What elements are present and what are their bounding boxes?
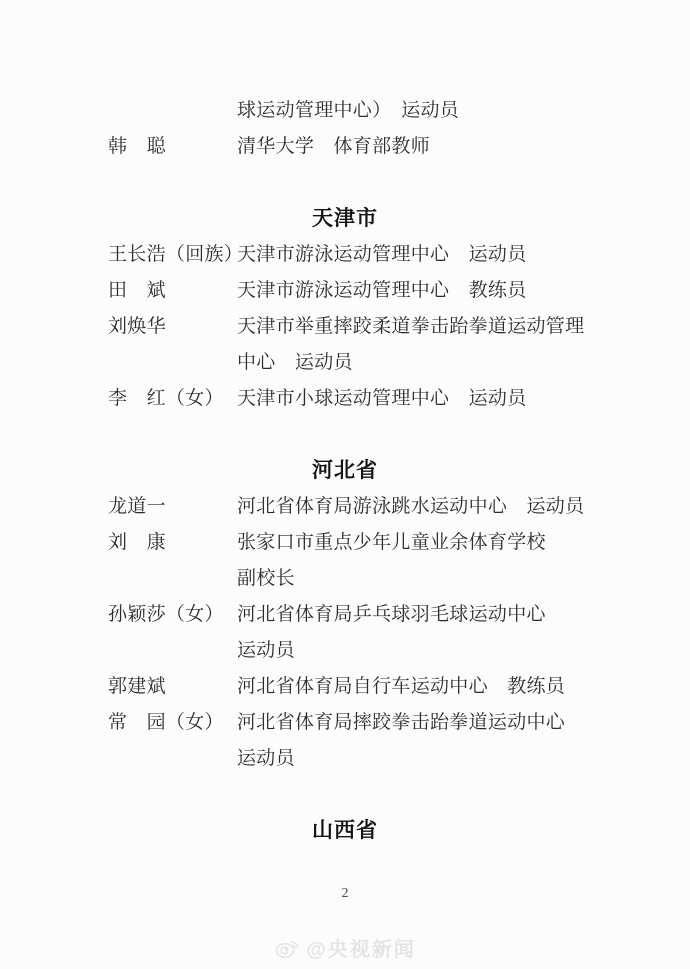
- entry-name: [108, 561, 237, 597]
- weibo-icon: [274, 934, 301, 961]
- page-number: 2: [0, 886, 690, 902]
- entry-affiliation: 河北省体育局乒乓球羽毛球运动中心: [237, 597, 582, 633]
- section-heading: 天津市: [108, 201, 582, 237]
- entry-name: [108, 633, 237, 669]
- entry-affiliation: 河北省体育局摔跤拳击跆拳道运动中心: [237, 705, 582, 741]
- entry-affiliation: 运动员: [237, 633, 582, 669]
- entry-affiliation: 副校长: [237, 561, 582, 597]
- entry-affiliation: 河北省体育局游泳跳水运动中心 运动员: [237, 489, 584, 525]
- entry-affiliation: 球运动管理中心） 运动员: [237, 93, 582, 129]
- entry-name: 龙道一: [108, 489, 237, 525]
- section-heading: 山西省: [108, 813, 582, 849]
- entry-affiliation: 中心 运动员: [237, 345, 582, 381]
- entry-name: 王长浩（回族）: [108, 237, 237, 273]
- entry-name: 田 斌: [108, 273, 237, 309]
- entry-name: 常 园（女）: [108, 705, 237, 741]
- entry-row: 中心 运动员: [108, 345, 582, 381]
- entry-row: 龙道一河北省体育局游泳跳水运动中心 运动员: [108, 489, 582, 525]
- entry-row: 运动员: [108, 741, 582, 777]
- entry-name: [108, 741, 237, 777]
- entry-affiliation: 天津市游泳运动管理中心 教练员: [237, 273, 582, 309]
- entry-row: 常 园（女）河北省体育局摔跤拳击跆拳道运动中心: [108, 705, 582, 741]
- entry-row: 运动员: [108, 633, 582, 669]
- document-page: 球运动管理中心） 运动员韩 聪清华大学 体育部教师天津市王长浩（回族）天津市游泳…: [0, 0, 690, 969]
- entry-row: 李 红（女）天津市小球运动管理中心 运动员: [108, 381, 582, 417]
- watermark: @央视新闻: [0, 933, 690, 962]
- entry-row: 田 斌天津市游泳运动管理中心 教练员: [108, 273, 582, 309]
- entry-affiliation: 天津市举重摔跤柔道拳击跆拳道运动管理: [237, 309, 584, 345]
- entry-name: [108, 345, 237, 381]
- entry-row: 韩 聪清华大学 体育部教师: [108, 129, 582, 165]
- entry-affiliation: 天津市游泳运动管理中心 运动员: [237, 237, 582, 273]
- entry-row: 球运动管理中心） 运动员: [108, 93, 582, 129]
- entry-row: 刘焕华天津市举重摔跤柔道拳击跆拳道运动管理: [108, 309, 582, 345]
- entry-name: 郭建斌: [108, 669, 237, 705]
- entry-row: 刘 康张家口市重点少年儿童业余体育学校: [108, 525, 582, 561]
- entry-affiliation: 河北省体育局自行车运动中心 教练员: [237, 669, 582, 705]
- entry-row: 郭建斌河北省体育局自行车运动中心 教练员: [108, 669, 582, 705]
- entry-row: 副校长: [108, 561, 582, 597]
- entry-name: 李 红（女）: [108, 381, 237, 417]
- entry-affiliation: 清华大学 体育部教师: [237, 129, 582, 165]
- watermark-handle: @央视新闻: [306, 933, 416, 962]
- section-heading: 河北省: [108, 453, 582, 489]
- entry-name: [108, 93, 237, 129]
- entry-name: 刘焕华: [108, 309, 237, 345]
- entry-affiliation: 天津市小球运动管理中心 运动员: [237, 381, 582, 417]
- entry-name: 韩 聪: [108, 129, 237, 165]
- roster-body: 球运动管理中心） 运动员韩 聪清华大学 体育部教师天津市王长浩（回族）天津市游泳…: [108, 93, 582, 849]
- entry-name: 孙颖莎（女）: [108, 597, 237, 633]
- entry-row: 孙颖莎（女）河北省体育局乒乓球羽毛球运动中心: [108, 597, 582, 633]
- entry-affiliation: 运动员: [237, 741, 582, 777]
- entry-row: 王长浩（回族）天津市游泳运动管理中心 运动员: [108, 237, 582, 273]
- entry-name: 刘 康: [108, 525, 237, 561]
- entry-affiliation: 张家口市重点少年儿童业余体育学校: [237, 525, 582, 561]
